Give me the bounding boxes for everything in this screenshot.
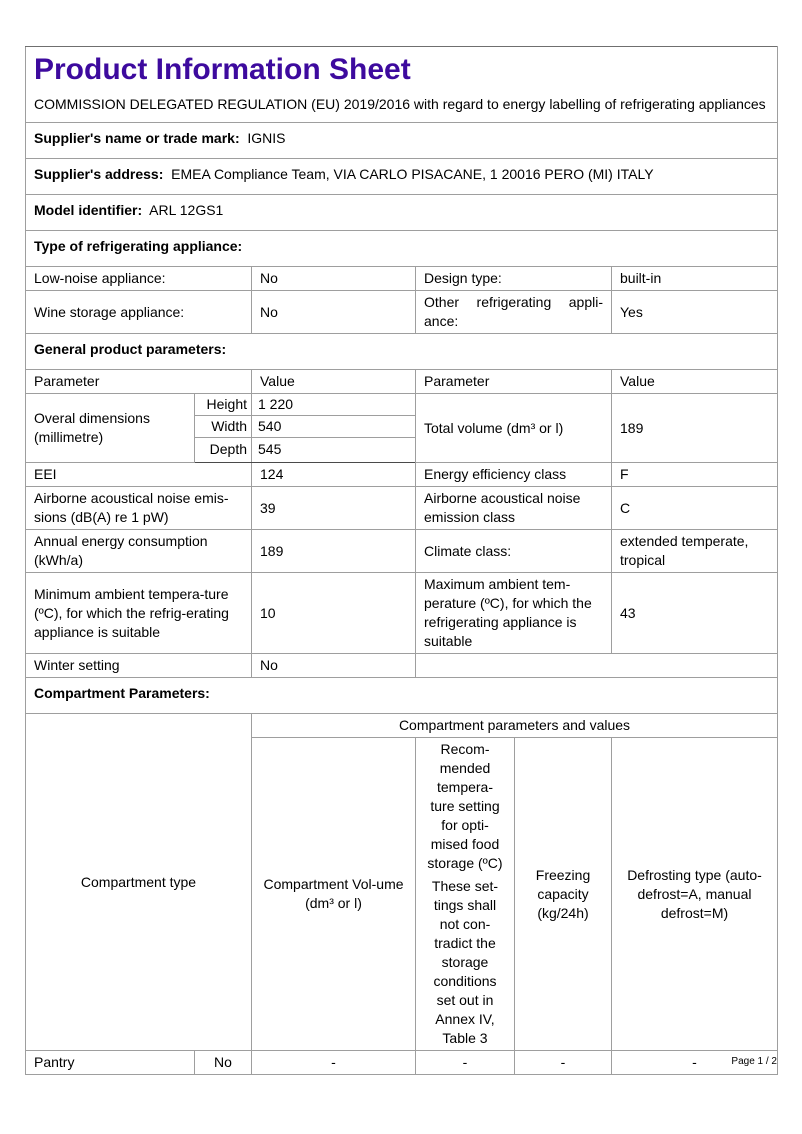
low-noise-value: No <box>252 267 416 291</box>
min-temp-label: Minimum ambient tempera-ture (ºC), for w… <box>26 573 252 654</box>
supplier-address-row: Supplier's address: EMEA Compliance Team… <box>26 159 778 195</box>
low-noise-label: Low-noise appliance: <box>26 267 252 291</box>
product-information-sheet: Product Information Sheet COMMISSION DEL… <box>25 46 777 1075</box>
type-heading: Type of refrigerating appliance: <box>26 231 778 267</box>
annual-energy-value: 189 <box>252 530 416 573</box>
col-recommended-temp-b: These set-tings shall not con-tradict th… <box>426 877 504 1048</box>
supplier-name-row: Supplier's name or trade mark: IGNIS <box>26 123 778 159</box>
title-row: Product Information Sheet COMMISSION DEL… <box>26 47 778 123</box>
col-compartment-type: Compartment type <box>26 714 252 1051</box>
compartment-present: No <box>195 1051 252 1075</box>
dimension-height-row: Overal dimensions (millimetre) Height 1 … <box>26 394 778 416</box>
winter-setting-label: Winter setting <box>26 654 252 678</box>
climate-class-label: Climate class: <box>416 530 612 573</box>
supplier-name-label: Supplier's name or trade mark: <box>34 130 240 146</box>
other-appliance-label-line2: ance: <box>424 312 603 331</box>
general-heading: General product parameters: <box>26 334 778 370</box>
noise-value: 39 <box>252 487 416 530</box>
compartment-type: Pantry <box>26 1051 195 1075</box>
eei-value: 124 <box>252 463 416 487</box>
compartment-heading: Compartment Parameters: <box>26 678 778 714</box>
col-parameter-right: Parameter <box>416 370 612 394</box>
col-group-header: Compartment parameters and values <box>252 714 778 738</box>
other-appliance-value: Yes <box>612 291 778 334</box>
model-identifier-row: Model identifier: ARL 12GS1 <box>26 195 778 231</box>
width-label: Width <box>195 416 252 438</box>
regulation-text: COMMISSION DELEGATED REGULATION (EU) 201… <box>34 95 769 114</box>
col-freezing-capacity: Freezing capacity (kg/24h) <box>515 738 612 1051</box>
energy-class-value: F <box>612 463 778 487</box>
ambient-temp-row: Minimum ambient tempera-ture (ºC), for w… <box>26 573 778 654</box>
page-title: Product Information Sheet <box>34 51 769 89</box>
info-table: Product Information Sheet COMMISSION DEL… <box>25 46 778 1075</box>
noise-label: Airborne acoustical noise emis-sions (dB… <box>26 487 252 530</box>
total-volume-label: Total volume (dm³ or l) <box>416 394 612 463</box>
col-parameter-left: Parameter <box>26 370 252 394</box>
design-type-label: Design type: <box>416 267 612 291</box>
empty-cell <box>416 654 778 678</box>
wine-storage-row: Wine storage appliance: No Other refrige… <box>26 291 778 334</box>
energy-class-label: Energy efficiency class <box>416 463 612 487</box>
model-identifier-label: Model identifier: <box>34 202 142 218</box>
noise-class-value: C <box>612 487 778 530</box>
depth-label: Depth <box>195 438 252 463</box>
height-value: 1 220 <box>252 394 416 416</box>
height-label: Height <box>195 394 252 416</box>
general-heading-row: General product parameters: <box>26 334 778 370</box>
compartment-row: Pantry No - - - - <box>26 1051 778 1075</box>
depth-value: 545 <box>252 438 416 463</box>
supplier-address-label: Supplier's address: <box>34 166 163 182</box>
col-value-right: Value <box>612 370 778 394</box>
model-identifier-value: ARL 12GS1 <box>149 202 223 218</box>
other-appliance-label-line1: Other refrigerating appli- <box>424 293 603 312</box>
other-appliance-label: Other refrigerating appli- ance: <box>416 291 612 334</box>
total-volume-value: 189 <box>612 394 778 463</box>
design-type-value: built-in <box>612 267 778 291</box>
winter-setting-value: No <box>252 654 416 678</box>
type-heading-row: Type of refrigerating appliance: <box>26 231 778 267</box>
compartment-heading-row: Compartment Parameters: <box>26 678 778 714</box>
winter-setting-row: Winter setting No <box>26 654 778 678</box>
eei-label: EEI <box>26 463 252 487</box>
annual-energy-label: Annual energy consumption (kWh/a) <box>26 530 252 573</box>
compartment-group-header-row: Compartment type Compartment parameters … <box>26 714 778 738</box>
col-recommended-temp-a: Recom-mended tempera-ture setting for op… <box>426 740 504 873</box>
eei-row: EEI 124 Energy efficiency class F <box>26 463 778 487</box>
dimensions-label: Overal dimensions (millimetre) <box>26 394 195 463</box>
annual-energy-row: Annual energy consumption (kWh/a) 189 Cl… <box>26 530 778 573</box>
wine-storage-value: No <box>252 291 416 334</box>
col-defrosting-type: Defrosting type (auto-defrost=A, manual … <box>612 738 778 1051</box>
page-number: Page 1 / 2 <box>731 1056 777 1067</box>
col-recommended-temp: Recom-mended tempera-ture setting for op… <box>416 738 515 1051</box>
min-temp-value: 10 <box>252 573 416 654</box>
climate-class-value: extended temperate, tropical <box>612 530 778 573</box>
wine-storage-label: Wine storage appliance: <box>26 291 252 334</box>
compartment-freezing: - <box>515 1051 612 1075</box>
supplier-address-value: EMEA Compliance Team, VIA CARLO PISACANE… <box>171 166 653 182</box>
supplier-name-value: IGNIS <box>247 130 285 146</box>
compartment-temp: - <box>416 1051 515 1075</box>
compartment-volume: - <box>252 1051 416 1075</box>
max-temp-value: 43 <box>612 573 778 654</box>
width-value: 540 <box>252 416 416 438</box>
noise-row: Airborne acoustical noise emis-sions (dB… <box>26 487 778 530</box>
general-column-headers: Parameter Value Parameter Value <box>26 370 778 394</box>
col-compartment-volume: Compartment Vol-ume (dm³ or l) <box>252 738 416 1051</box>
col-value-left: Value <box>252 370 416 394</box>
max-temp-label: Maximum ambient tem-perature (ºC), for w… <box>416 573 612 654</box>
noise-class-label: Airborne acoustical noise emission class <box>416 487 612 530</box>
low-noise-row: Low-noise appliance: No Design type: bui… <box>26 267 778 291</box>
